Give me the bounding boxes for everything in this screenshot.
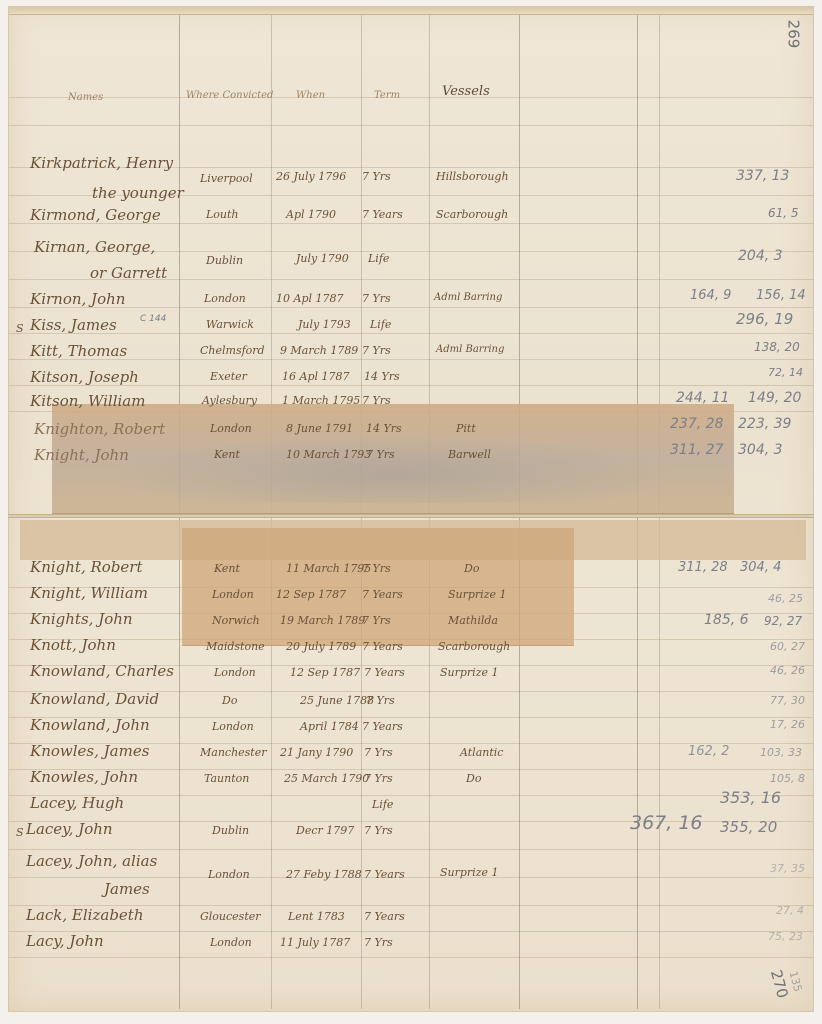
rule xyxy=(9,359,813,360)
where-convicted: London xyxy=(212,588,254,601)
vessel: Do xyxy=(464,562,479,575)
convict-name: Kitson, Joseph xyxy=(30,368,139,386)
reference-number: 75, 23 xyxy=(768,930,803,943)
where-convicted: London xyxy=(210,936,252,949)
sentence-term: Life xyxy=(372,798,393,811)
where-convicted: Louth xyxy=(206,208,239,221)
reference-number: 46, 26 xyxy=(770,664,805,677)
reference-number: 103, 33 xyxy=(760,746,802,759)
vessel: Adml Barring xyxy=(436,344,504,355)
sentence-term: 7 Yrs xyxy=(364,772,393,785)
conviction-date: Decr 1797 xyxy=(296,824,354,837)
reference-number-1: 244, 11 xyxy=(676,390,729,406)
column-header-where-convicted: Where Convicted xyxy=(186,90,273,101)
conviction-date: 27 Feby 1788 xyxy=(286,868,362,881)
convict-name: Knowland, Charles xyxy=(30,662,174,680)
sentence-term: 7 Years xyxy=(362,588,403,601)
convict-name: Kirnon, John xyxy=(30,290,125,308)
conviction-date: 1 March 1795 xyxy=(282,394,360,407)
column-header-when: When xyxy=(296,90,325,101)
reference-number-1: 367, 16 xyxy=(630,812,703,834)
reference-number: 46, 25 xyxy=(768,592,803,605)
rule xyxy=(9,125,813,126)
where-convicted: Warwick xyxy=(206,318,254,331)
where-convicted: Norwich xyxy=(212,614,260,627)
where-convicted: London xyxy=(208,868,250,881)
convict-name: Knott, John xyxy=(30,636,116,654)
conviction-date: July 1790 xyxy=(296,252,349,265)
reference-number-1: 311, 27 xyxy=(670,442,723,458)
conviction-date: 11 July 1787 xyxy=(280,936,350,949)
vessel: Surprize 1 xyxy=(440,866,499,879)
convict-name: Kirnan, George, xyxy=(34,238,155,256)
conviction-date: 16 Apl 1787 xyxy=(282,370,350,383)
conviction-date: 20 July 1789 xyxy=(286,640,356,653)
sentence-term: 7 Yrs xyxy=(364,936,393,949)
where-convicted: Do xyxy=(222,694,237,707)
where-convicted: Dublin xyxy=(212,824,249,837)
reference-number: 355, 20 xyxy=(720,818,777,836)
sentence-term: 7 Years xyxy=(362,640,403,653)
sentence-term: 7 Yrs xyxy=(362,394,391,407)
where-convicted: London xyxy=(204,292,246,305)
sentence-term: 7 Yrs xyxy=(362,562,391,575)
pencil-note: C 144 xyxy=(140,314,166,324)
convict-name: Lacey, John xyxy=(26,820,113,838)
margin-mark: S xyxy=(16,322,24,335)
conviction-date: Apl 1790 xyxy=(286,208,336,221)
reference-number: 304, 3 xyxy=(738,442,783,458)
page-fold xyxy=(8,514,814,518)
convict-name: Lack, Elizabeth xyxy=(26,906,144,924)
sentence-term: 7 Yrs xyxy=(362,292,391,305)
rule xyxy=(9,97,813,98)
where-convicted: Exeter xyxy=(210,370,247,383)
where-convicted: Aylesbury xyxy=(202,394,257,407)
reference-number: 17, 26 xyxy=(770,718,805,731)
convict-name: Knights, John xyxy=(30,610,133,628)
reference-number-1: 162, 2 xyxy=(688,744,729,759)
reference-number: 353, 16 xyxy=(720,788,781,807)
sentence-term: 7 Yrs xyxy=(362,614,391,627)
sentence-term: 7 Years xyxy=(362,720,403,733)
conviction-date: 21 Jany 1790 xyxy=(280,746,353,759)
reference-number: 72, 14 xyxy=(768,366,803,379)
convict-name: Knight, Robert xyxy=(30,558,143,576)
reference-number: 138, 20 xyxy=(754,340,800,354)
conviction-date: July 1793 xyxy=(298,318,351,331)
convict-name: Kirmond, George xyxy=(30,206,161,224)
reference-number: 204, 3 xyxy=(738,248,783,264)
vessel: Pitt xyxy=(456,422,476,435)
rule xyxy=(9,333,813,334)
column-header-term: Term xyxy=(374,90,400,101)
conviction-date: 25 March 1790 xyxy=(284,772,369,785)
reference-number: 296, 19 xyxy=(736,310,793,328)
where-convicted: Maidstone xyxy=(206,640,265,653)
convict-name: Kitson, William xyxy=(30,392,145,410)
vessel: Adml Barring xyxy=(434,292,502,303)
convict-name: Knowland, John xyxy=(30,716,150,734)
where-convicted: Gloucester xyxy=(200,910,261,923)
reference-number: 27, 4 xyxy=(776,904,804,917)
where-convicted: Dublin xyxy=(206,254,243,267)
conviction-date: 10 Apl 1787 xyxy=(276,292,344,305)
vessel: Scarborough xyxy=(436,208,508,221)
rule xyxy=(9,849,813,850)
rule xyxy=(9,795,813,796)
conviction-date: 10 March 1793 xyxy=(286,448,371,461)
rule xyxy=(9,931,813,932)
vessel: Hillsborough xyxy=(436,170,509,183)
sentence-term: 14 Yrs xyxy=(364,370,400,383)
reference-number-1: 237, 28 xyxy=(670,416,723,432)
sentence-term: Life xyxy=(370,318,391,331)
column-header-vessels: Vessels xyxy=(442,84,490,99)
convict-name-continued: James xyxy=(104,880,150,898)
repair-tape-lower xyxy=(182,528,574,646)
rule xyxy=(9,877,813,878)
conviction-date: 26 July 1796 xyxy=(276,170,346,183)
convict-name: Kiss, James xyxy=(30,316,117,334)
vessel: Atlantic xyxy=(460,746,503,759)
sentence-term: Life xyxy=(368,252,389,265)
vessel: Do xyxy=(466,772,481,785)
sentence-term: 7 Years xyxy=(364,868,405,881)
reference-number-1: 185, 6 xyxy=(704,612,749,628)
reference-number-1: 311, 28 xyxy=(678,560,728,575)
vessel: Mathilda xyxy=(448,614,498,627)
vessel: Scarborough xyxy=(438,640,510,653)
where-convicted: Taunton xyxy=(204,772,249,785)
reference-number: 223, 39 xyxy=(738,416,791,432)
convict-name-continued: or Garrett xyxy=(90,264,167,282)
convict-name: Kirkpatrick, Henry xyxy=(30,154,173,172)
sentence-term: 7 Years xyxy=(362,208,403,221)
convict-name: Lacey, John, alias xyxy=(26,852,157,870)
column-header-names: Names xyxy=(68,92,103,103)
margin-mark: S xyxy=(16,826,24,839)
vessel: Surprize 1 xyxy=(440,666,499,679)
tape-stain xyxy=(112,434,674,503)
conviction-date: 19 March 1789 xyxy=(280,614,365,627)
where-convicted: Kent xyxy=(214,562,240,575)
convict-name: Lacy, John xyxy=(26,932,104,950)
convict-name: Knowles, James xyxy=(30,742,149,760)
vessel: Barwell xyxy=(448,448,491,461)
reference-number: 105, 8 xyxy=(770,772,805,785)
convict-name: Lacey, Hugh xyxy=(30,794,124,812)
sentence-term: 7 Years xyxy=(364,666,405,679)
sentence-term: 7 Yrs xyxy=(362,344,391,357)
reference-number: 156, 14 xyxy=(756,288,806,303)
reference-number: 92, 27 xyxy=(764,614,802,628)
convict-name-continued: the younger xyxy=(92,184,184,202)
reference-number: 337, 13 xyxy=(736,168,789,184)
conviction-date: 25 June 1788 xyxy=(300,694,374,707)
reference-number: 60, 27 xyxy=(770,640,805,653)
convict-name: Knighton, Robert xyxy=(34,420,165,438)
sentence-term: 7 Yrs xyxy=(366,694,395,707)
conviction-date: 12 Sep 1787 xyxy=(276,588,346,601)
convict-name: Knowland, David xyxy=(30,690,159,708)
convict-name: Knowles, John xyxy=(30,768,138,786)
conviction-date: 9 March 1789 xyxy=(280,344,358,357)
reference-number: 149, 20 xyxy=(748,390,801,406)
reference-number: 77, 30 xyxy=(770,694,805,707)
rule xyxy=(9,307,813,308)
sentence-term: 7 Yrs xyxy=(364,824,393,837)
sentence-term: 7 Yrs xyxy=(364,746,393,759)
conviction-date: Lent 1783 xyxy=(288,910,345,923)
rule xyxy=(9,957,813,958)
where-convicted: Kent xyxy=(214,448,240,461)
convict-name: Kitt, Thomas xyxy=(30,342,127,360)
page-top-edge xyxy=(9,7,813,15)
reference-number-1: 164, 9 xyxy=(690,288,731,303)
reference-number: 61, 5 xyxy=(768,206,799,220)
sentence-term: 14 Yrs xyxy=(366,422,402,435)
folio-number-top: 269 xyxy=(784,20,802,49)
reference-number: 304, 4 xyxy=(740,560,781,575)
conviction-date: April 1784 xyxy=(300,720,359,733)
convict-name: Knight, William xyxy=(30,584,148,602)
sentence-term: 7 Years xyxy=(364,910,405,923)
where-convicted: Manchester xyxy=(200,746,267,759)
where-convicted: Liverpool xyxy=(200,172,253,185)
conviction-date: 11 March 1795 xyxy=(286,562,371,575)
vessel: Surprize 1 xyxy=(448,588,507,601)
where-convicted: Chelmsford xyxy=(200,344,265,357)
where-convicted: London xyxy=(210,422,252,435)
conviction-date: 12 Sep 1787 xyxy=(290,666,360,679)
sentence-term: 7 Yrs xyxy=(366,448,395,461)
reference-number: 37, 35 xyxy=(770,862,805,875)
conviction-date: 8 June 1791 xyxy=(286,422,353,435)
sentence-term: 7 Yrs xyxy=(362,170,391,183)
convict-name: Knight, John xyxy=(34,446,129,464)
where-convicted: London xyxy=(214,666,256,679)
where-convicted: London xyxy=(212,720,254,733)
